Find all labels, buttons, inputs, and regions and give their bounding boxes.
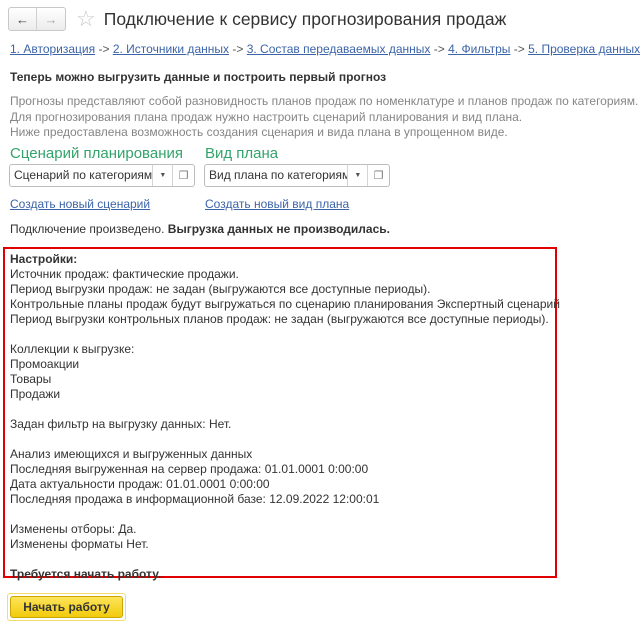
settings-line: Дата актуальности продаж: 01.01.0001 0:0… bbox=[10, 477, 555, 492]
description: Прогнозы представляют собой разновидност… bbox=[10, 94, 638, 141]
plan-type-dropdown-button[interactable]: ▼ bbox=[347, 165, 367, 186]
open-window-icon: ❐ bbox=[179, 169, 189, 182]
breadcrumb-step-data-composition[interactable]: 3. Состав передаваемых данных bbox=[247, 42, 431, 56]
settings-line: Источник продаж: фактические продажи. bbox=[10, 267, 555, 282]
breadcrumb-separator: -> bbox=[232, 42, 243, 56]
plan-type-value[interactable]: Вид плана по категориям bbox=[205, 165, 347, 186]
settings-line: Промоакции bbox=[10, 357, 555, 372]
header: ← → ☆ Подключение к сервису прогнозирова… bbox=[8, 6, 506, 32]
breadcrumb-separator: -> bbox=[434, 42, 445, 56]
settings-line: Продажи bbox=[10, 387, 555, 402]
status-bold-text: Выгрузка данных не производилась. bbox=[168, 222, 390, 236]
section-subtitle: Теперь можно выгрузить данные и построит… bbox=[10, 70, 386, 84]
breadcrumb-step-authorization[interactable]: 1. Авторизация bbox=[10, 42, 95, 56]
breadcrumb: 1. Авторизация -> 2. Источники данных ->… bbox=[10, 42, 640, 56]
settings-blank-line bbox=[10, 402, 555, 417]
settings-line: Коллекции к выгрузке: bbox=[10, 342, 555, 357]
description-line: Прогнозы представляют собой разновидност… bbox=[10, 94, 638, 110]
scenario-label: Сценарий планирования bbox=[10, 145, 183, 162]
breadcrumb-step-filters[interactable]: 4. Фильтры bbox=[448, 42, 510, 56]
settings-blank-line bbox=[10, 507, 555, 522]
description-line: Ниже предоставлена возможность создания … bbox=[10, 125, 638, 141]
page-title: Подключение к сервису прогнозирования пр… bbox=[104, 9, 507, 30]
connection-status: Подключение произведено. Выгрузка данных… bbox=[10, 222, 390, 236]
scenario-open-button[interactable]: ❐ bbox=[172, 165, 194, 186]
create-plan-type-link[interactable]: Создать новый вид плана bbox=[205, 197, 349, 211]
settings-blank-line bbox=[10, 432, 555, 447]
start-work-button[interactable]: Начать работу bbox=[10, 596, 123, 618]
plan-type-select[interactable]: Вид плана по категориям ▼ ❐ bbox=[204, 164, 390, 187]
status-normal-text: Подключение произведено. bbox=[10, 222, 164, 236]
chevron-down-icon: ▼ bbox=[354, 172, 361, 179]
settings-line: Период выгрузки контрольных планов прода… bbox=[10, 312, 555, 327]
plan-type-open-button[interactable]: ❐ bbox=[367, 165, 389, 186]
create-scenario-link[interactable]: Создать новый сценарий bbox=[10, 197, 150, 211]
settings-line: Изменены форматы Нет. bbox=[10, 537, 555, 552]
navigation-buttons: ← → bbox=[8, 7, 66, 31]
start-button-focus-frame: Начать работу bbox=[7, 593, 126, 621]
scenario-dropdown-button[interactable]: ▼ bbox=[152, 165, 172, 186]
breadcrumb-separator: -> bbox=[98, 42, 109, 56]
settings-line: Требуется начать работу. bbox=[10, 567, 555, 582]
settings-line: Настройки: bbox=[10, 252, 555, 267]
description-line: Для прогнозирования плана продаж нужно н… bbox=[10, 110, 638, 126]
forward-button[interactable]: → bbox=[37, 8, 65, 30]
arrow-right-icon: → bbox=[45, 12, 58, 27]
breadcrumb-step-data-sources[interactable]: 2. Источники данных bbox=[113, 42, 229, 56]
settings-blank-line bbox=[10, 327, 555, 342]
settings-line: Контрольные планы продаж будут выгружать… bbox=[10, 297, 555, 312]
chevron-down-icon: ▼ bbox=[159, 172, 166, 179]
scenario-select[interactable]: Сценарий по категориям ▼ ❐ bbox=[9, 164, 195, 187]
breadcrumb-separator: -> bbox=[514, 42, 525, 56]
favorite-star-icon[interactable]: ☆ bbox=[76, 8, 96, 30]
plan-type-label: Вид плана bbox=[205, 145, 278, 162]
arrow-left-icon: ← bbox=[16, 12, 29, 27]
settings-summary-box: Настройки:Источник продаж: фактические п… bbox=[3, 247, 557, 578]
settings-blank-line bbox=[10, 552, 555, 567]
settings-line: Последняя выгруженная на сервер продажа:… bbox=[10, 462, 555, 477]
breadcrumb-step-data-check[interactable]: 5. Проверка данных bbox=[528, 42, 640, 56]
settings-line: Последняя продажа в информационной базе:… bbox=[10, 492, 555, 507]
open-window-icon: ❐ bbox=[374, 169, 384, 182]
settings-line: Анализ имеющихся и выгруженных данных bbox=[10, 447, 555, 462]
scenario-value[interactable]: Сценарий по категориям bbox=[10, 165, 152, 186]
settings-line: Период выгрузки продаж: не задан (выгруж… bbox=[10, 282, 555, 297]
settings-line: Товары bbox=[10, 372, 555, 387]
settings-line: Задан фильтр на выгрузку данных: Нет. bbox=[10, 417, 555, 432]
back-button[interactable]: ← bbox=[9, 8, 37, 30]
settings-line: Изменены отборы: Да. bbox=[10, 522, 555, 537]
